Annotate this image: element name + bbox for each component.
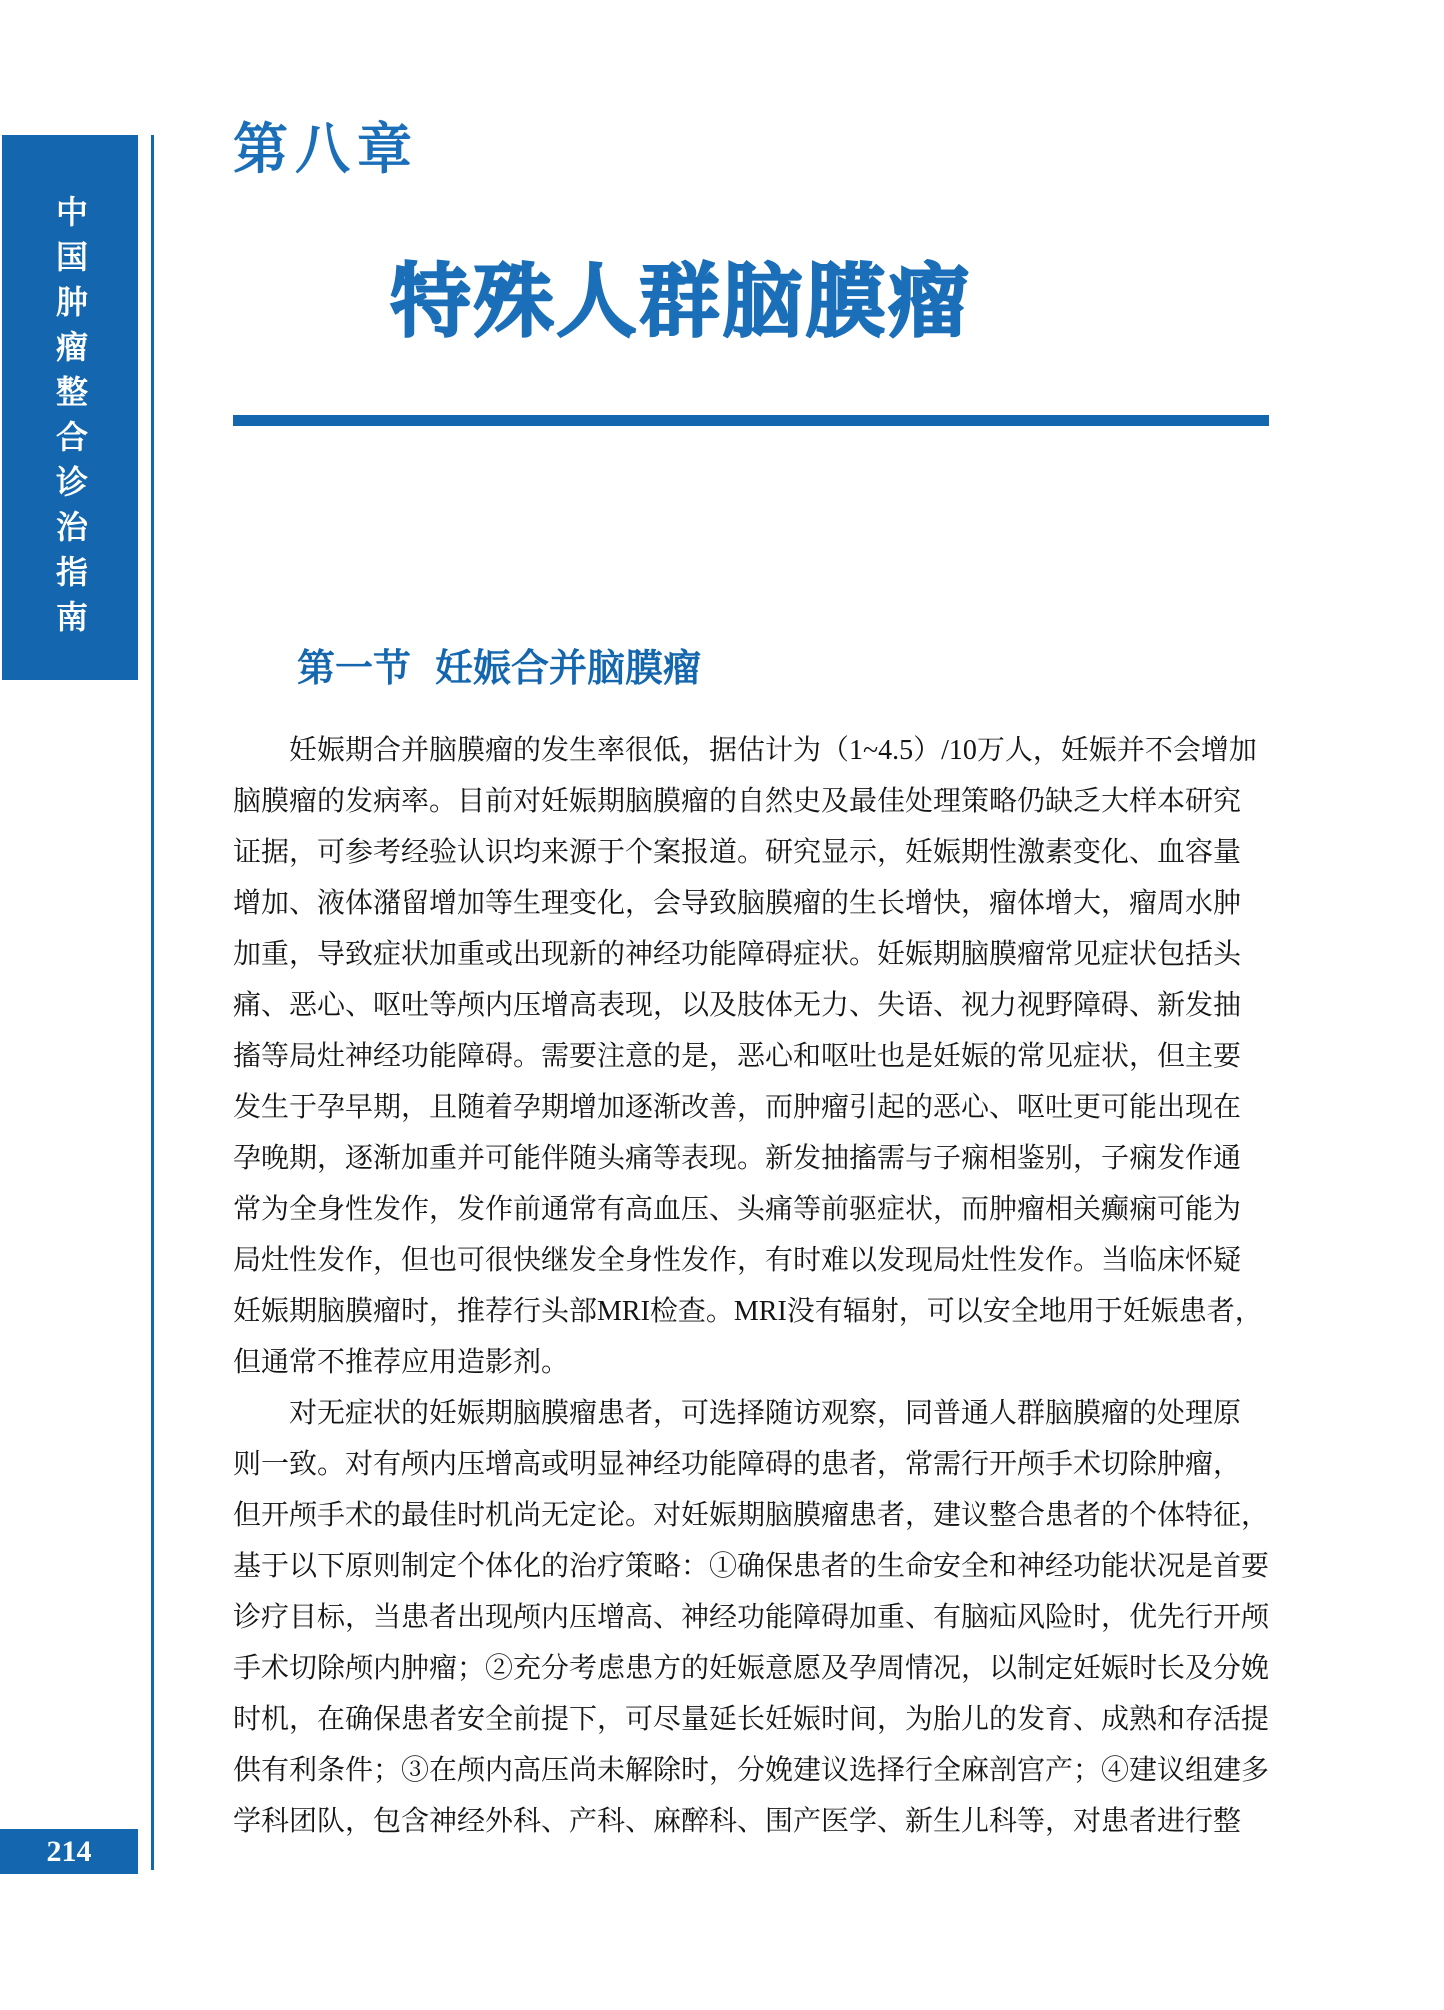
chapter-title: 特殊人群脑膜瘤 [233, 262, 1269, 342]
chapter-label: 第八章 [233, 122, 419, 177]
page-number-badge: 214 [0, 1829, 138, 1874]
sidebar-book-title-strip: 中国肿瘤整合诊治指南 [2, 135, 138, 680]
body-text-block: 妊娠期合并脑膜瘤的发生率很低，据估计为（1~4.5）/10万人，妊娠并不会增加 … [233, 725, 1269, 1847]
vertical-divider-line [151, 135, 154, 1870]
section-title: 妊娠合并脑膜瘤 [435, 650, 701, 688]
content-column: 第八章 特殊人群脑膜瘤 第一节 妊娠合并脑膜瘤 妊娠期合并脑膜瘤的发生率很低，据… [233, 0, 1269, 2010]
paragraph-1: 妊娠期合并脑膜瘤的发生率很低，据估计为（1~4.5）/10万人，妊娠并不会增加 … [233, 725, 1269, 1388]
section-heading: 第一节 妊娠合并脑膜瘤 [297, 650, 701, 688]
page-number: 214 [47, 1835, 92, 1869]
paragraph-2: 对无症状的妊娠期脑膜瘤患者，可选择随访观察，同普通人群脑膜瘤的处理原 则一致。对… [233, 1388, 1269, 1847]
chapter-title-rule [233, 415, 1269, 426]
book-title-vertical: 中国肿瘤整合诊治指南 [47, 195, 93, 645]
section-number: 第一节 [297, 650, 411, 688]
